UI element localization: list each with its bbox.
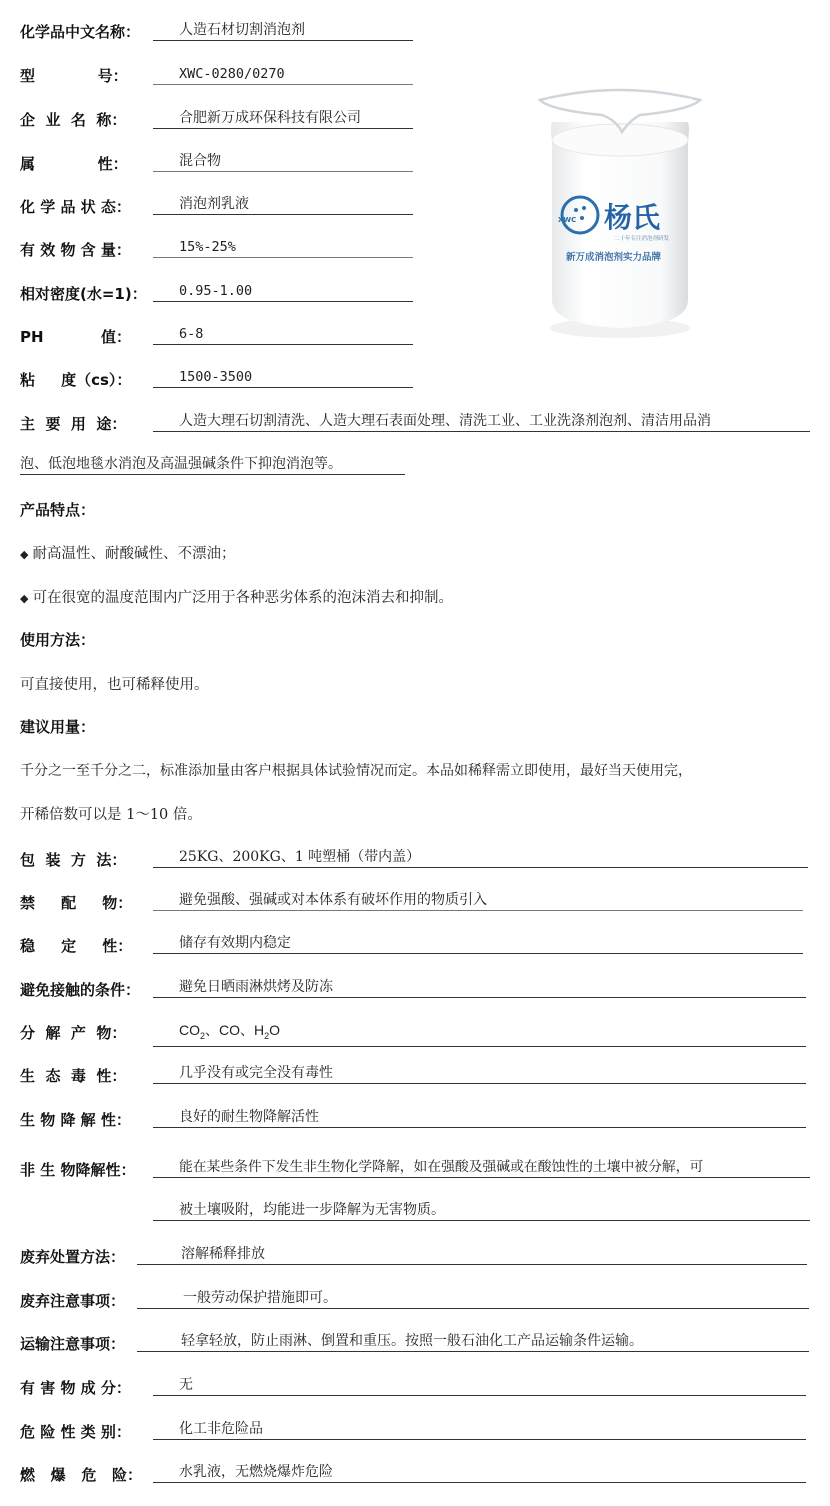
spec-row-density: 相对密度(水=1)： — [20, 280, 147, 304]
spec-row-chinese-name: 化学品中文名称： — [20, 18, 140, 42]
spec-row-incompatible: 禁 配 物： — [20, 889, 132, 913]
spec-row-state: 化 学 品 状 态： — [20, 193, 131, 217]
main-use-line1: 人造大理石切割清洗、人造大理石表面处理、清洗工业、工业洗涤剂泡剂、清洁用品消 — [153, 411, 810, 432]
dosage-heading: 建议用量： — [20, 716, 95, 737]
spec-label: 生 态 毒 性： — [20, 1066, 126, 1086]
spec-label: 化 学 品 状 态： — [20, 197, 131, 217]
spec-label: 分 解 产 物： — [20, 1023, 126, 1043]
spec-row-model: 型 号： — [20, 62, 128, 86]
usage-heading: 使用方法： — [20, 629, 95, 650]
spec-value-avoid-conditions: 避免日晒雨淋烘烤及防冻 — [153, 977, 806, 998]
diamond-bullet-icon: ◆ — [20, 548, 28, 561]
hazard-value-class: 化工非危险品 — [153, 1419, 806, 1440]
spec-row-ecotoxicity: 生 态 毒 性： — [20, 1062, 126, 1086]
hazard-row-flammability: 燃 爆 危 险： — [20, 1461, 142, 1485]
svg-text:XWC: XWC — [558, 216, 576, 224]
feature-text: 可在很宽的温度范围内广泛用于各种恶劣体系的泡沫消去和抑制。 — [32, 590, 453, 606]
spec-label: 相对密度(水=1)： — [20, 284, 147, 304]
hazard-value-harmful: 无 — [153, 1375, 806, 1396]
disposal-notes-row: 废弃注意事项： — [20, 1287, 125, 1311]
disposal-row: 废弃处置方法： — [20, 1243, 125, 1267]
transport-notes-value: 轻拿轻放，防止雨淋、倒置和重压。按照一般石油化工产品运输条件运输。 — [137, 1331, 809, 1352]
spec-label: 属 性： — [20, 154, 128, 174]
spec-label: 危 险 性 类 别： — [20, 1422, 131, 1442]
disposal-method-value: 溶解稀释排放 — [137, 1244, 807, 1265]
svg-text:杨氏: 杨氏 — [604, 201, 661, 234]
non-bio-label: 非 生 物降解性： — [20, 1160, 135, 1180]
spec-value-stability: 储存有效期内稳定 — [153, 933, 803, 954]
spec-row-packaging: 包 装 方 法： — [20, 846, 126, 870]
product-image: XWC 杨氏 二十年专注消泡剂研发 新万成消泡剂实力品牌 — [530, 60, 710, 350]
spec-label: 有 效 物 含 量： — [20, 240, 131, 260]
main-use-label: 主 要 用 途： — [20, 414, 126, 434]
non-bio-line2: 被土壤吸附，均能进一步降解为无害物质。 — [153, 1200, 810, 1221]
spec-row-viscosity: 粘 度（cs）： — [20, 366, 131, 390]
spec-label: 运输注意事项： — [20, 1334, 125, 1354]
spec-value-biodegradability: 良好的耐生物降解活性 — [153, 1107, 806, 1128]
feature-item: ◆可在很宽的温度范围内广泛用于各种恶劣体系的泡沫消去和抑制。 — [20, 586, 453, 607]
svg-text:二十年专注消泡剂研发: 二十年专注消泡剂研发 — [614, 234, 670, 242]
spec-label: PH 值： — [20, 327, 131, 347]
dosage-line2: 开稀倍数可以是 1～10 倍。 — [20, 803, 202, 824]
spec-label: 燃 爆 危 险： — [20, 1465, 142, 1485]
spec-row-company: 企 业 名 称： — [20, 106, 126, 130]
spec-label: 企 业 名 称： — [20, 110, 126, 130]
beaker-icon: XWC 杨氏 二十年专注消泡剂研发 新万成消泡剂实力品牌 — [530, 60, 710, 350]
spec-label: 稳 定 性： — [20, 936, 132, 956]
hazard-row-harmful: 有 害 物 成 分： — [20, 1374, 131, 1398]
spec-row-attribute: 属 性： — [20, 150, 128, 174]
spec-row-biodegradability: 生 物 降 解 性： — [20, 1106, 131, 1130]
spec-value-packaging: 25KG、200KG、1 吨塑桶（带内盖） — [153, 847, 808, 868]
spec-value-decomposition: CO2、CO、H2O — [153, 1020, 806, 1047]
spec-row-decomposition: 分 解 产 物： — [20, 1019, 126, 1043]
non-bio-line1: 能在某些条件下发生非生物化学降解，如在强酸及强碱或在酸蚀性的土壤中被分解，可 — [153, 1157, 810, 1178]
spec-label: 废弃注意事项： — [20, 1291, 125, 1311]
spec-value-state: 消泡剂乳液 — [153, 194, 413, 215]
diamond-bullet-icon: ◆ — [20, 592, 28, 605]
transport-row: 运输注意事项： — [20, 1330, 125, 1354]
svg-text:新万成消泡剂实力品牌: 新万成消泡剂实力品牌 — [566, 251, 662, 263]
spec-value-ecotoxicity: 几乎没有或完全没有毒性 — [153, 1063, 806, 1084]
spec-label: 生 物 降 解 性： — [20, 1110, 131, 1130]
main-use-line2: 泡、低泡地毯水消泡及高温强碱条件下抑泡消泡等。 — [20, 454, 405, 475]
spec-value-model: XWC-0280/0270 — [153, 64, 413, 85]
usage-text: 可直接使用，也可稀释使用。 — [20, 673, 209, 694]
main-use-row: 主 要 用 途： — [20, 410, 126, 434]
spec-value-viscosity: 1500-3500 — [153, 367, 413, 388]
feature-item: ◆耐高温性、耐酸碱性、不漂油； — [20, 542, 235, 563]
spec-label: 避免接触的条件： — [20, 980, 140, 1000]
dosage-line1: 千分之一至千分之二，标准添加量由客户根据具体试验情况而定。本品如稀释需立即使用，… — [20, 760, 692, 780]
spec-label: 型 号： — [20, 66, 128, 86]
non-bio-row: 非 生 物降解性： — [20, 1156, 135, 1180]
spec-row-ph: PH 值： — [20, 323, 131, 347]
spec-label: 粘 度（cs）： — [20, 370, 131, 390]
spec-label: 包 装 方 法： — [20, 850, 126, 870]
spec-label: 有 害 物 成 分： — [20, 1378, 131, 1398]
spec-label: 化学品中文名称： — [20, 22, 140, 42]
feature-text: 耐高温性、耐酸碱性、不漂油； — [32, 546, 235, 562]
hazard-value-flammability: 水乳液，无燃烧爆炸危险 — [153, 1462, 806, 1483]
spec-value-chinese-name: 人造石材切割消泡剂 — [153, 20, 413, 41]
spec-label: 废弃处置方法： — [20, 1247, 125, 1267]
spec-row-stability: 稳 定 性： — [20, 932, 132, 956]
spec-row-avoid-conditions: 避免接触的条件： — [20, 976, 140, 1000]
spec-value-company: 合肥新万成环保科技有限公司 — [153, 108, 413, 129]
spec-value-incompatible: 避免强酸、强碱或对本体系有破坏作用的物质引入 — [153, 890, 803, 911]
hazard-row-class: 危 险 性 类 别： — [20, 1418, 131, 1442]
spec-value-content: 15%-25% — [153, 237, 413, 258]
spec-value-attribute: 混合物 — [153, 151, 413, 172]
features-heading: 产品特点： — [20, 499, 95, 520]
spec-row-content: 有 效 物 含 量： — [20, 236, 131, 260]
spec-value-ph: 6-8 — [153, 324, 413, 345]
spec-label: 禁 配 物： — [20, 893, 132, 913]
disposal-notes-value: 一般劳动保护措施即可。 — [137, 1288, 809, 1309]
spec-value-density: 0.95-1.00 — [153, 281, 413, 302]
